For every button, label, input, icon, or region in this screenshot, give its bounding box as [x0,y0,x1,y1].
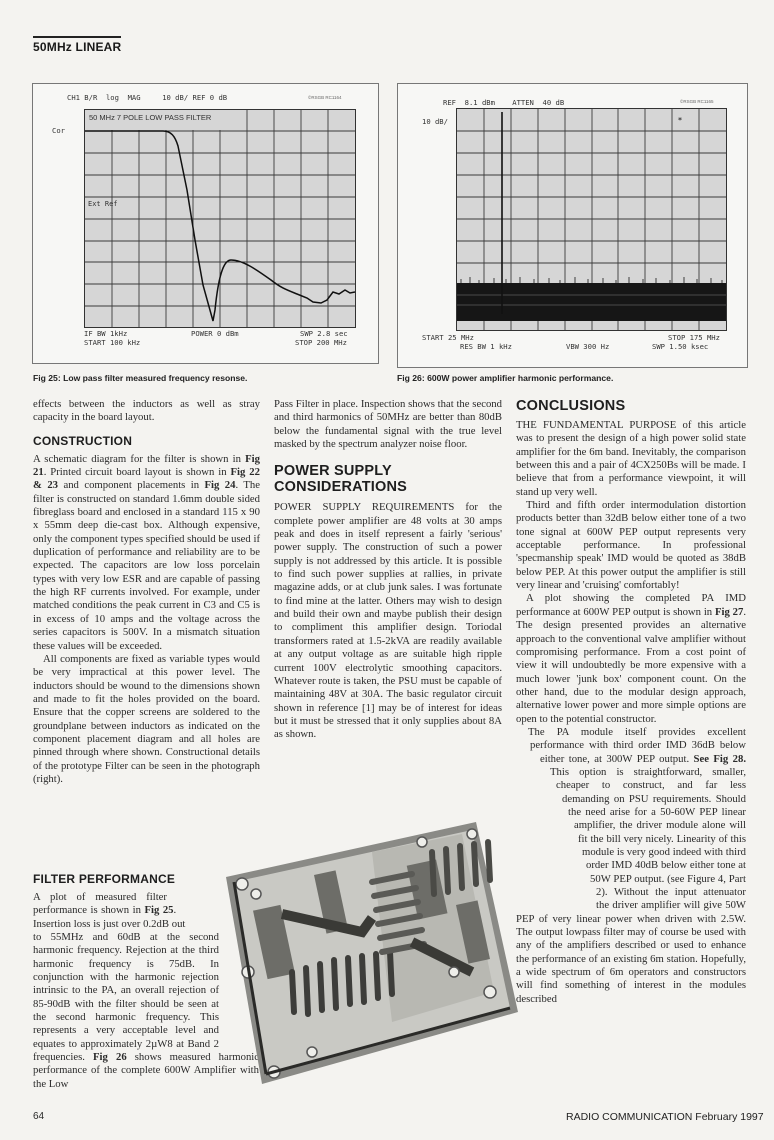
fig25-start: START 100 kHz [84,338,140,347]
fig25-cor-label: Cor [52,126,65,135]
fig26-header: REF 8.1 dBm ATTEN 40 dB [443,98,564,107]
fig25-plot-title: 50 MHz 7 POLE LOW PASS FILTER [89,113,212,122]
fig26-start: START 25 MHz [422,333,474,342]
col1-para-2: All components are fixed as variable typ… [33,653,260,786]
fig24-ref: Fig 24 [205,479,236,491]
fig26-trace-svg: * [457,109,726,330]
fig26-marker: * [678,116,682,125]
fig25-caption: Fig 25: Low pass filter measured frequen… [33,373,247,383]
photo-svg [222,822,518,1092]
fig26-stop: STOP 175 MHz [668,333,720,342]
publication-footer: RADIO COMMUNICATION February 1997 [566,1111,764,1123]
fig26-swp: SWP 1.50 ksec [652,342,708,351]
heading-conclusions: CONCLUSIONS [516,398,746,414]
fig26-resbw: RES BW 1 kHz [460,342,512,351]
filter-prototype-photo [222,822,518,1092]
fig25-extref-label: Ext Ref [88,200,118,208]
fig25-stop: STOP 200 MHz [295,338,347,347]
fig25-swp: SWP 2.8 sec [300,329,348,338]
col3-para-3: A plot showing the completed PA IMD perf… [516,592,746,725]
column-1: effects between the inductors as well as… [33,398,260,786]
fig28-ref: See Fig 28. [694,753,746,765]
fig27-ref: Fig 27 [715,606,743,618]
col3-para-2: Third and fifth order intermodulation di… [516,499,746,592]
fig26-vbw: VBW 300 Hz [566,342,609,351]
figure-25-frame: CH1 B/R log MAG 10 dB/ REF 0 dB ©RSGB RC… [32,83,379,364]
fig26-plot: * [456,108,727,331]
fig25-ifbw: IF BW 1kHz [84,329,127,338]
fig25-trace-svg: 50 MHz 7 POLE LOW PASS FILTER Ext Ref [85,110,355,327]
page-number: 64 [33,1111,44,1122]
col1-para-0: effects between the inductors as well as… [33,398,260,425]
figure-26-frame: REF 8.1 dBm ATTEN 40 dB ©RSGB RC1165 10 … [397,83,748,368]
fig25-plot: 50 MHz 7 POLE LOW PASS FILTER Ext Ref [84,109,356,328]
fig25-power: POWER 0 dBm [191,329,239,338]
fig25-copyright: ©RSGB RC1164 [308,95,342,100]
running-head: 50MHz LINEAR [33,36,121,54]
heading-power-supply: POWER SUPPLYCONSIDERATIONS [274,463,502,495]
col2-para-1: POWER SUPPLY REQUIREMENTS for the comple… [274,501,502,741]
col3-para-1: THE FUNDAMENTAL PURPOSE of this article … [516,419,746,499]
col2-para-0: Pass Filter in place. Inspection shows t… [274,398,502,451]
column-2: Pass Filter in place. Inspection shows t… [274,398,502,742]
fig26-copyright: ©RSGB RC1165 [680,99,714,104]
fig25-ref: Fig 25 [144,904,173,916]
col3-para-4: The PA module itself provides excellent … [516,726,746,1006]
fig26-ref: Fig 26 [93,1051,127,1063]
heading-construction: CONSTRUCTION [33,434,260,448]
fig26-scale-label: 10 dB/ [422,117,448,126]
fig26-caption: Fig 26: 600W power amplifier harmonic pe… [397,373,613,383]
col1-para-1: A schematic diagram for the filter is sh… [33,453,260,653]
column-3: CONCLUSIONS THE FUNDAMENTAL PURPOSE of t… [516,398,746,1006]
fig25-header: CH1 B/R log MAG 10 dB/ REF 0 dB [67,93,227,102]
